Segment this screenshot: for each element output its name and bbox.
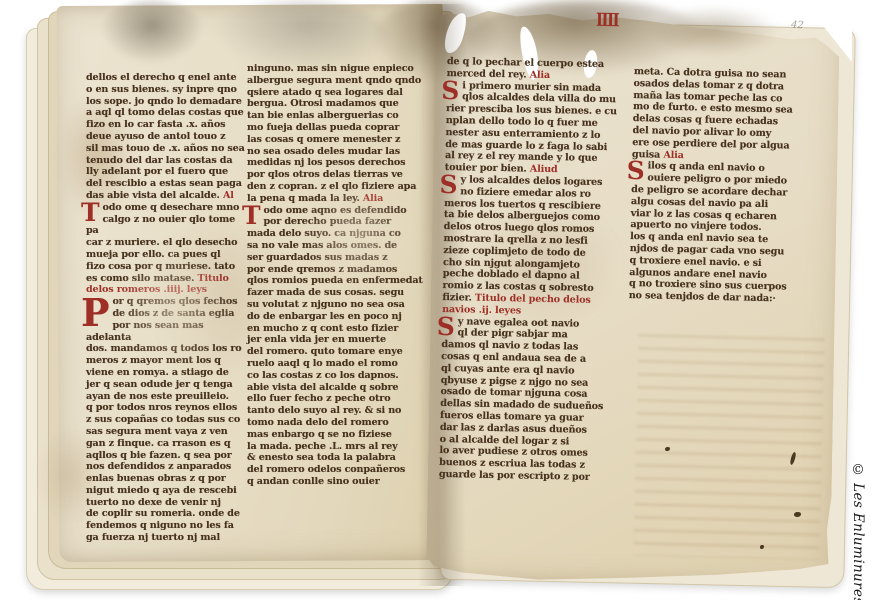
manuscript-line-text: o en sus bienes. sy inpre qno <box>86 84 237 95</box>
manuscript-line-text: ga fuerza nj tuerto nj mal <box>86 532 220 543</box>
manuscript-line-text: a aql ql tomo delas costas que <box>86 107 244 118</box>
manuscript-line-text: enlas buenas obras z q por <box>86 473 226 484</box>
manuscript-line-text: sa no vale mas alos omes. de <box>247 240 397 251</box>
manuscript-paragraph: Todo ome q desechare mnocalgo z no ouier… <box>86 202 246 296</box>
manuscript-line-text: den z copran. z el qlo fiziere apa <box>247 181 416 192</box>
manuscript-line-text: no sea tenjdos de dar nada:· <box>629 290 776 304</box>
manuscript-line-text: fendemos q niguno no les fa <box>86 520 234 531</box>
illuminated-initial: S <box>439 174 460 195</box>
manuscript-line-text: de dios z de santa eglia <box>112 308 234 319</box>
manuscript-line-text: ello fuer fecho z peche otro <box>247 393 390 404</box>
manuscript-line-text: fazer mada de sus cosas. segu <box>247 287 404 298</box>
manuscript-line-text: nigut miedo q aya de rescebi <box>86 485 237 496</box>
manuscript-line-text: mas enbargo q se no fiziese <box>247 429 392 440</box>
manuscript-paragraph: dellos el derecho q enel anteo en sus bi… <box>86 72 246 202</box>
illuminated-initial: P <box>81 296 112 328</box>
manuscript-line-text: los sope. jo qndo lo demadare <box>86 96 242 107</box>
manuscript-line-text: mo fueja dellas pueda coprar <box>247 122 399 133</box>
illuminated-initial: T <box>81 202 102 223</box>
manuscript-line-text: gan z finque. ca rrason es q <box>86 438 230 449</box>
manuscript-line-text: por ende qremos z madamos <box>247 264 397 275</box>
manuscript-line-text: guarde las por escripto z por <box>439 469 590 483</box>
manuscript-line-text: es como silo matase. <box>86 273 197 284</box>
manuscript-line-text: qsiere atado q sea logares dal <box>247 87 403 98</box>
manuscript-line-text: ayan de nos este preuilleio. <box>86 391 229 402</box>
rubric-text: Alia <box>363 193 383 204</box>
rubric-text: navios .ij. leyes <box>442 304 521 317</box>
text-column-left-1: dellos el derecho q enel anteo en sus bi… <box>86 72 246 544</box>
manuscript-line-text: touier por bien. <box>445 162 530 175</box>
illuminated-initial: S <box>437 315 458 336</box>
manuscript-line-text: viene en romya. a stiago de <box>86 367 229 378</box>
manuscript-line-text: por derecho pueda fazer <box>263 216 391 227</box>
manuscript-line-text: jer q sean odude jer q tenga <box>86 379 233 390</box>
illuminated-initial: T <box>242 205 263 226</box>
manuscript-line-text: no sea osado deles mudar las <box>247 146 400 157</box>
manuscript-line-text: odo ome aqno es defendido <box>263 205 406 216</box>
manuscript-line-text: z sus copañas co todas sus co <box>86 414 240 425</box>
manuscript-line-text: dos. mandamos q todos los ro <box>86 343 242 354</box>
manuscript-line-text: fizo en lo car fasta .x. años <box>86 119 225 130</box>
manuscript-line-text: lly adelant por el fuero que <box>86 166 228 177</box>
pencil-inventory-mark: 42 <box>791 20 804 32</box>
manuscript-line-text: do de enbargar les en poco nj <box>247 311 402 322</box>
manuscript-line-text: sil mas touo de .x. años no sea <box>86 143 245 154</box>
rubric-text: delos romeros .iiij. leys <box>86 284 207 295</box>
manuscript-line-text: la mada. peche .L. mrs al rey <box>247 441 398 452</box>
rubric-text: Alia <box>530 69 551 80</box>
manuscript-line-text: abie vista del alcalde q sobre <box>247 382 398 393</box>
manuscript-line-text: albergue segura ment qndo qndo <box>247 75 421 86</box>
folio-number: IIII <box>596 10 618 30</box>
manuscript-paragraph: Sy los alcaldes delos logaresno fiziere … <box>442 174 629 319</box>
manuscript-line-text: co las costas z co los dapnos. <box>247 370 399 381</box>
rubric-text: Aliud <box>530 164 558 176</box>
manuscript-line-text: medidas nj los pesos derechos <box>247 157 405 168</box>
manuscript-line-text: ser guardados sus madas z <box>247 252 387 263</box>
manuscript-line-text: aqllos q bie fazen. q sea por <box>86 450 232 461</box>
manuscript-line-text: tan bie enlas alberguerias co <box>247 110 399 121</box>
manuscript-line-text: ninguno. mas sin nigue enpieco <box>247 63 414 74</box>
manuscript-line-text: en mucho z q cont esto fizier <box>247 323 398 334</box>
manuscript-photo: dellos el derecho q enel anteo en sus bi… <box>0 0 878 600</box>
manuscript-line-text: por qlos otros delas tierras ve <box>247 169 403 180</box>
manuscript-line-text: del romero. quto tomare enye <box>247 346 403 357</box>
manuscript-line-text: car z muriere. el qlo desecho <box>86 237 237 248</box>
manuscript-line-text: or q qremos qlos fechos <box>112 296 237 307</box>
manuscript-line-text: tenudo del dar las costas da <box>86 155 232 166</box>
manuscript-line-text: odo ome q desechare mno <box>102 202 239 213</box>
illuminated-initial: S <box>626 160 647 181</box>
manuscript-line-text: fizo cosa por q muriese. tato <box>86 261 235 272</box>
manuscript-line-text: tuerto no dexe de venir nj <box>86 497 221 508</box>
illuminated-initial: S <box>441 79 462 100</box>
manuscript-paragraph: Por q qremos qlos fechosde dios z de san… <box>86 296 246 544</box>
manuscript-line-text: del romero odelos conpañeros <box>247 464 405 475</box>
manuscript-line-text: guisa <box>632 149 664 161</box>
manuscript-line-text: tomo nada delo del romero <box>247 417 389 428</box>
manuscript-line-text: las cosas q omere menester z <box>247 134 400 145</box>
copyright-credit: © Les Enluminures <box>850 462 866 600</box>
manuscript-line-text: sas segura ment vaya z ven <box>86 426 228 437</box>
manuscript-paragraph: Sy nave egalea oot navioql der pigr sabj… <box>439 315 626 484</box>
text-column-right-2: meta. Ca dotra guisa no seanosados delas… <box>629 66 818 306</box>
manuscript-paragraph: Todo ome aqno es defendidopor derecho pu… <box>247 205 431 488</box>
manuscript-line-text: dellos el derecho q enel ante <box>86 72 236 83</box>
manuscript-line-text: mueja por ello. ca pues ql <box>86 249 220 260</box>
manuscript-line-text: ruelo aaql q lo mado el romo <box>247 358 398 369</box>
manuscript-line-text: tanto delo suyo al rey. & si no <box>247 405 401 416</box>
manuscript-paragraph: de q lo pechar el cuerpo esteamerced del… <box>447 56 631 83</box>
manuscript-line-text: deue ayuso de antol touo z <box>86 131 225 142</box>
manuscript-paragraph: ninguno. mas sin nigue enpiecoalbergue s… <box>247 63 431 205</box>
text-column-right-1: de q lo pechar el cuerpo esteamerced del… <box>439 56 631 484</box>
rubric-text: Titulo <box>197 273 228 284</box>
manuscript-line-text: nos defendidos z anparados <box>86 461 231 472</box>
manuscript-line-text: jer enla vida jer en muerte <box>247 334 386 345</box>
manuscript-line-text: qlos romios pueda en enfermedat <box>247 275 423 286</box>
manuscript-line-text: calgo z no ouier qlo tome pa <box>86 214 235 237</box>
manuscript-paragraph: Silos q anda enl navio oouiere peligro o… <box>629 160 816 306</box>
manuscript-line-text: & enesto sea toda la palabra <box>247 452 396 463</box>
manuscript-line-text: fizier. <box>442 292 475 304</box>
manuscript-line-text: meros z mayor ment los q <box>86 355 221 366</box>
manuscript-line-text: su volutat z njguno no sea osa <box>247 299 405 310</box>
manuscript-line-text: bergua. Otrosi madamos que <box>247 98 399 109</box>
rubric-text: Alia <box>663 149 684 160</box>
manuscript-line-text: la pena q mada la ley. <box>247 193 363 204</box>
manuscript-line-text: de coplir su romeria. onde de <box>86 508 240 519</box>
manuscript-line-text: q andan conlle sino ouier <box>247 476 380 487</box>
manuscript-line-text: das abie vista del alcalde. <box>86 190 223 201</box>
manuscript-line-text: merced del rey. <box>447 68 530 81</box>
rubric-text: Al <box>223 190 234 201</box>
manuscript-line-text: q por todos nros reynos ellos <box>86 402 237 413</box>
manuscript-line-text: mada delo suyo. ca njguna co <box>247 228 401 239</box>
manuscript-paragraph: meta. Ca dotra guisa no seanosados delas… <box>632 66 818 165</box>
text-column-left-2: ninguno. mas sin nigue enpiecoalbergue s… <box>247 63 431 488</box>
manuscript-paragraph: Si primero murier sin madaqlos alcaldes … <box>445 80 631 178</box>
manuscript-line-text: del rescibio a estas sean paga <box>86 178 242 189</box>
